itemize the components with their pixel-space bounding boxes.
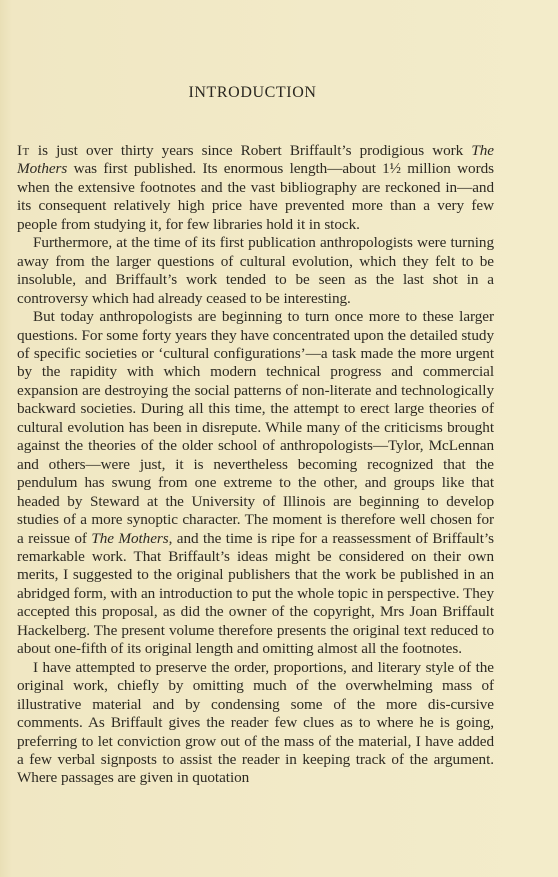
text-segment: Furthermore, at the time of its first pu…: [17, 234, 494, 306]
body-text: It is just over thirty years since Rober…: [17, 142, 494, 788]
book-page: INTRODUCTION It is just over thirty year…: [17, 84, 494, 788]
text-segment: is just over thirty years since Robert B…: [30, 142, 472, 159]
paragraph-3: But today anthropologists are beginning …: [17, 308, 494, 659]
text-segment: was first published. Its enormous length…: [17, 160, 494, 232]
book-title-italic: The Mothers: [91, 530, 168, 547]
paragraph-4: I have attempted to preserve the order, …: [17, 659, 494, 788]
chapter-heading: INTRODUCTION: [17, 84, 494, 102]
drop-lead-word: It: [17, 142, 30, 159]
text-segment: , and the time is ripe for a reassessmen…: [17, 530, 494, 658]
text-segment: But today anthropologists are beginning …: [17, 308, 494, 546]
text-segment: I have attempted to preserve the order, …: [17, 659, 494, 787]
paragraph-2: Furthermore, at the time of its first pu…: [17, 234, 494, 308]
paragraph-1: It is just over thirty years since Rober…: [17, 142, 494, 234]
